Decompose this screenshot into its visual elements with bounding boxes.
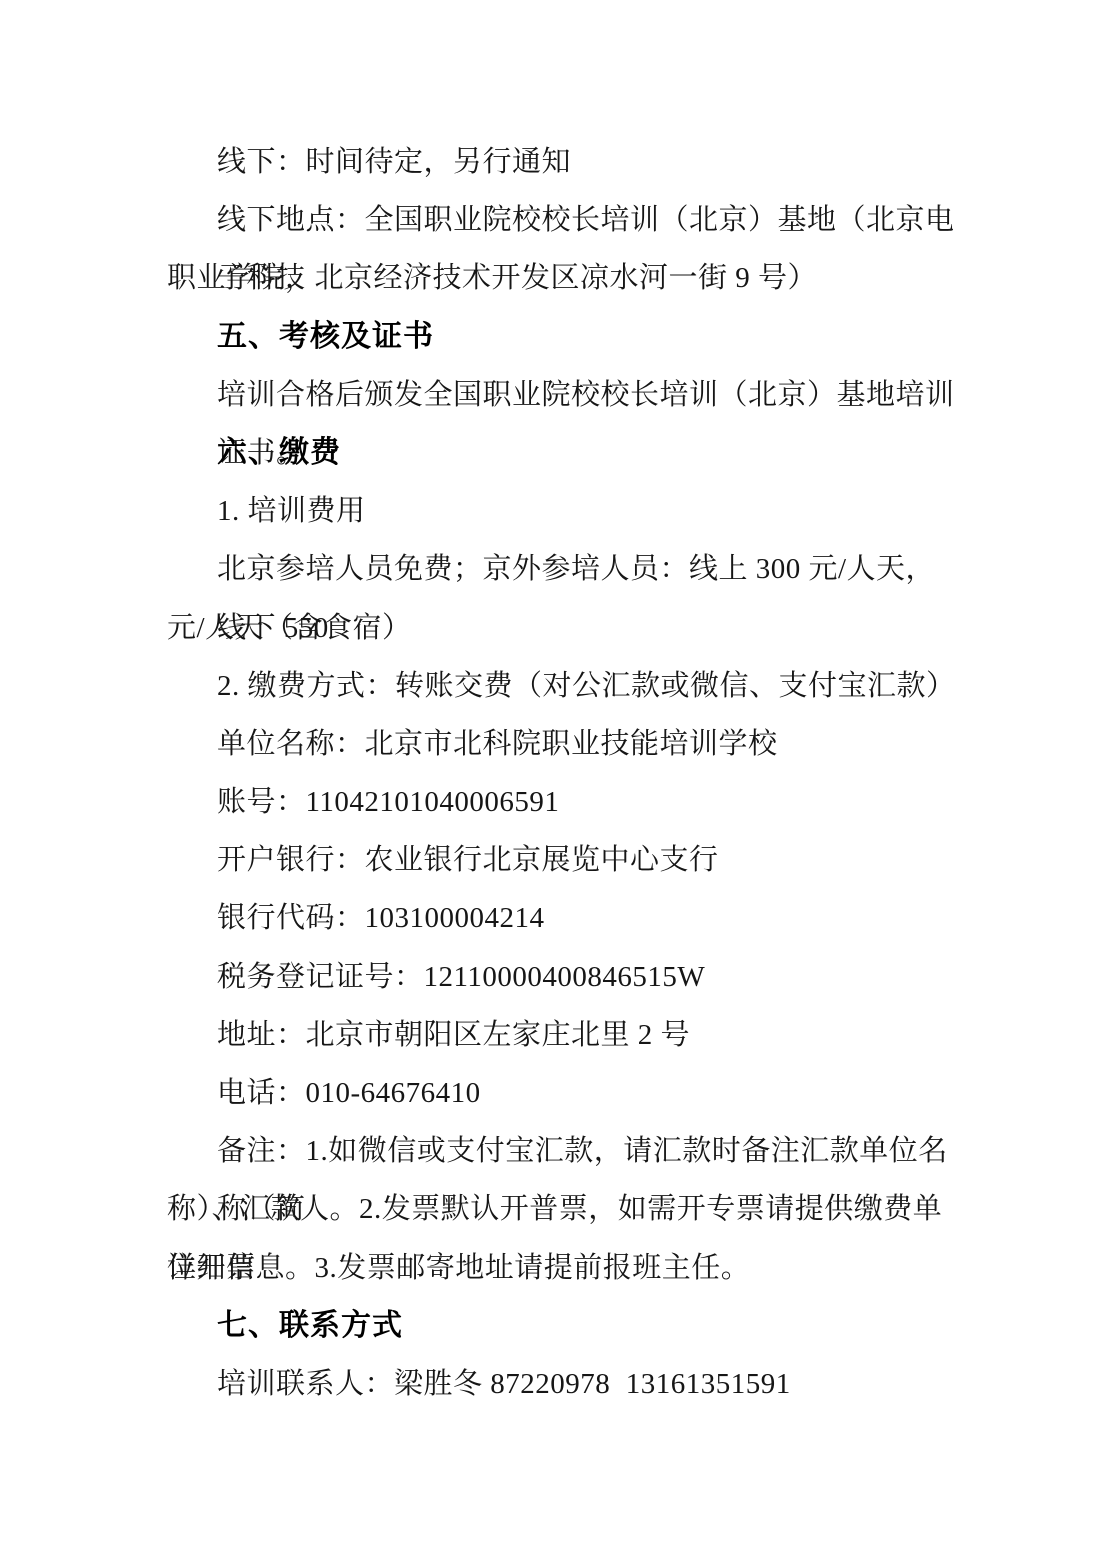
heading-assessment-certificate: 五、考核及证书 <box>167 308 957 366</box>
line-fee-detail-1: 北京参培人员免费；京外参培人员：线上 300 元/人天，线下 550 <box>167 540 957 598</box>
line-account-number: 账号：11042101040006591 <box>167 773 957 831</box>
line-certificate-info: 培训合格后颁发全国职业院校校长培训（北京）基地培训证书。 <box>167 366 957 424</box>
line-remarks-1: 备注：1.如微信或支付宝汇款，请汇款时备注汇款单位名称（简 <box>167 1122 957 1180</box>
heading-payment: 六、缴费 <box>167 424 957 482</box>
line-phone: 电话：010-64676410 <box>167 1064 957 1122</box>
line-bank-code: 银行代码：103100004214 <box>167 889 957 947</box>
document-text-block: 线下：时间待定，另行通知 线下地点：全国职业院校校长培训（北京）基地（北京电子科… <box>167 133 957 1413</box>
line-org-name: 单位名称：北京市北科院职业技能培训学校 <box>167 715 957 773</box>
line-fee-title: 1. 培训费用 <box>167 482 957 540</box>
line-address: 地址：北京市朝阳区左家庄北里 2 号 <box>167 1006 957 1064</box>
line-offline-schedule: 线下：时间待定，另行通知 <box>167 133 957 191</box>
line-training-contact: 培训联系人：梁胜冬 87220978 13161351591 <box>167 1355 957 1413</box>
line-offline-location-2: 职业学院，北京经济技术开发区凉水河一街 9 号） <box>167 249 957 307</box>
line-tax-id: 税务登记证号：12110000400846515W <box>167 948 957 1006</box>
heading-contact: 七、联系方式 <box>167 1297 957 1355</box>
line-remarks-3: 详细信息。3.发票邮寄地址请提前报班主任。 <box>167 1239 957 1297</box>
line-fee-detail-2: 元/人天（含食宿） <box>167 599 957 657</box>
line-payment-method: 2. 缴费方式：转账交费（对公汇款或微信、支付宝汇款） <box>167 657 957 715</box>
line-remarks-2: 称）、汇款人。2.发票默认开普票，如需开专票请提供缴费单位开票 <box>167 1180 957 1238</box>
line-offline-location-1: 线下地点：全国职业院校校长培训（北京）基地（北京电子科技 <box>167 191 957 249</box>
line-bank-name: 开户银行：农业银行北京展览中心支行 <box>167 831 957 889</box>
document-page: 线下：时间待定，另行通知 线下地点：全国职业院校校长培训（北京）基地（北京电子科… <box>0 0 1105 1568</box>
